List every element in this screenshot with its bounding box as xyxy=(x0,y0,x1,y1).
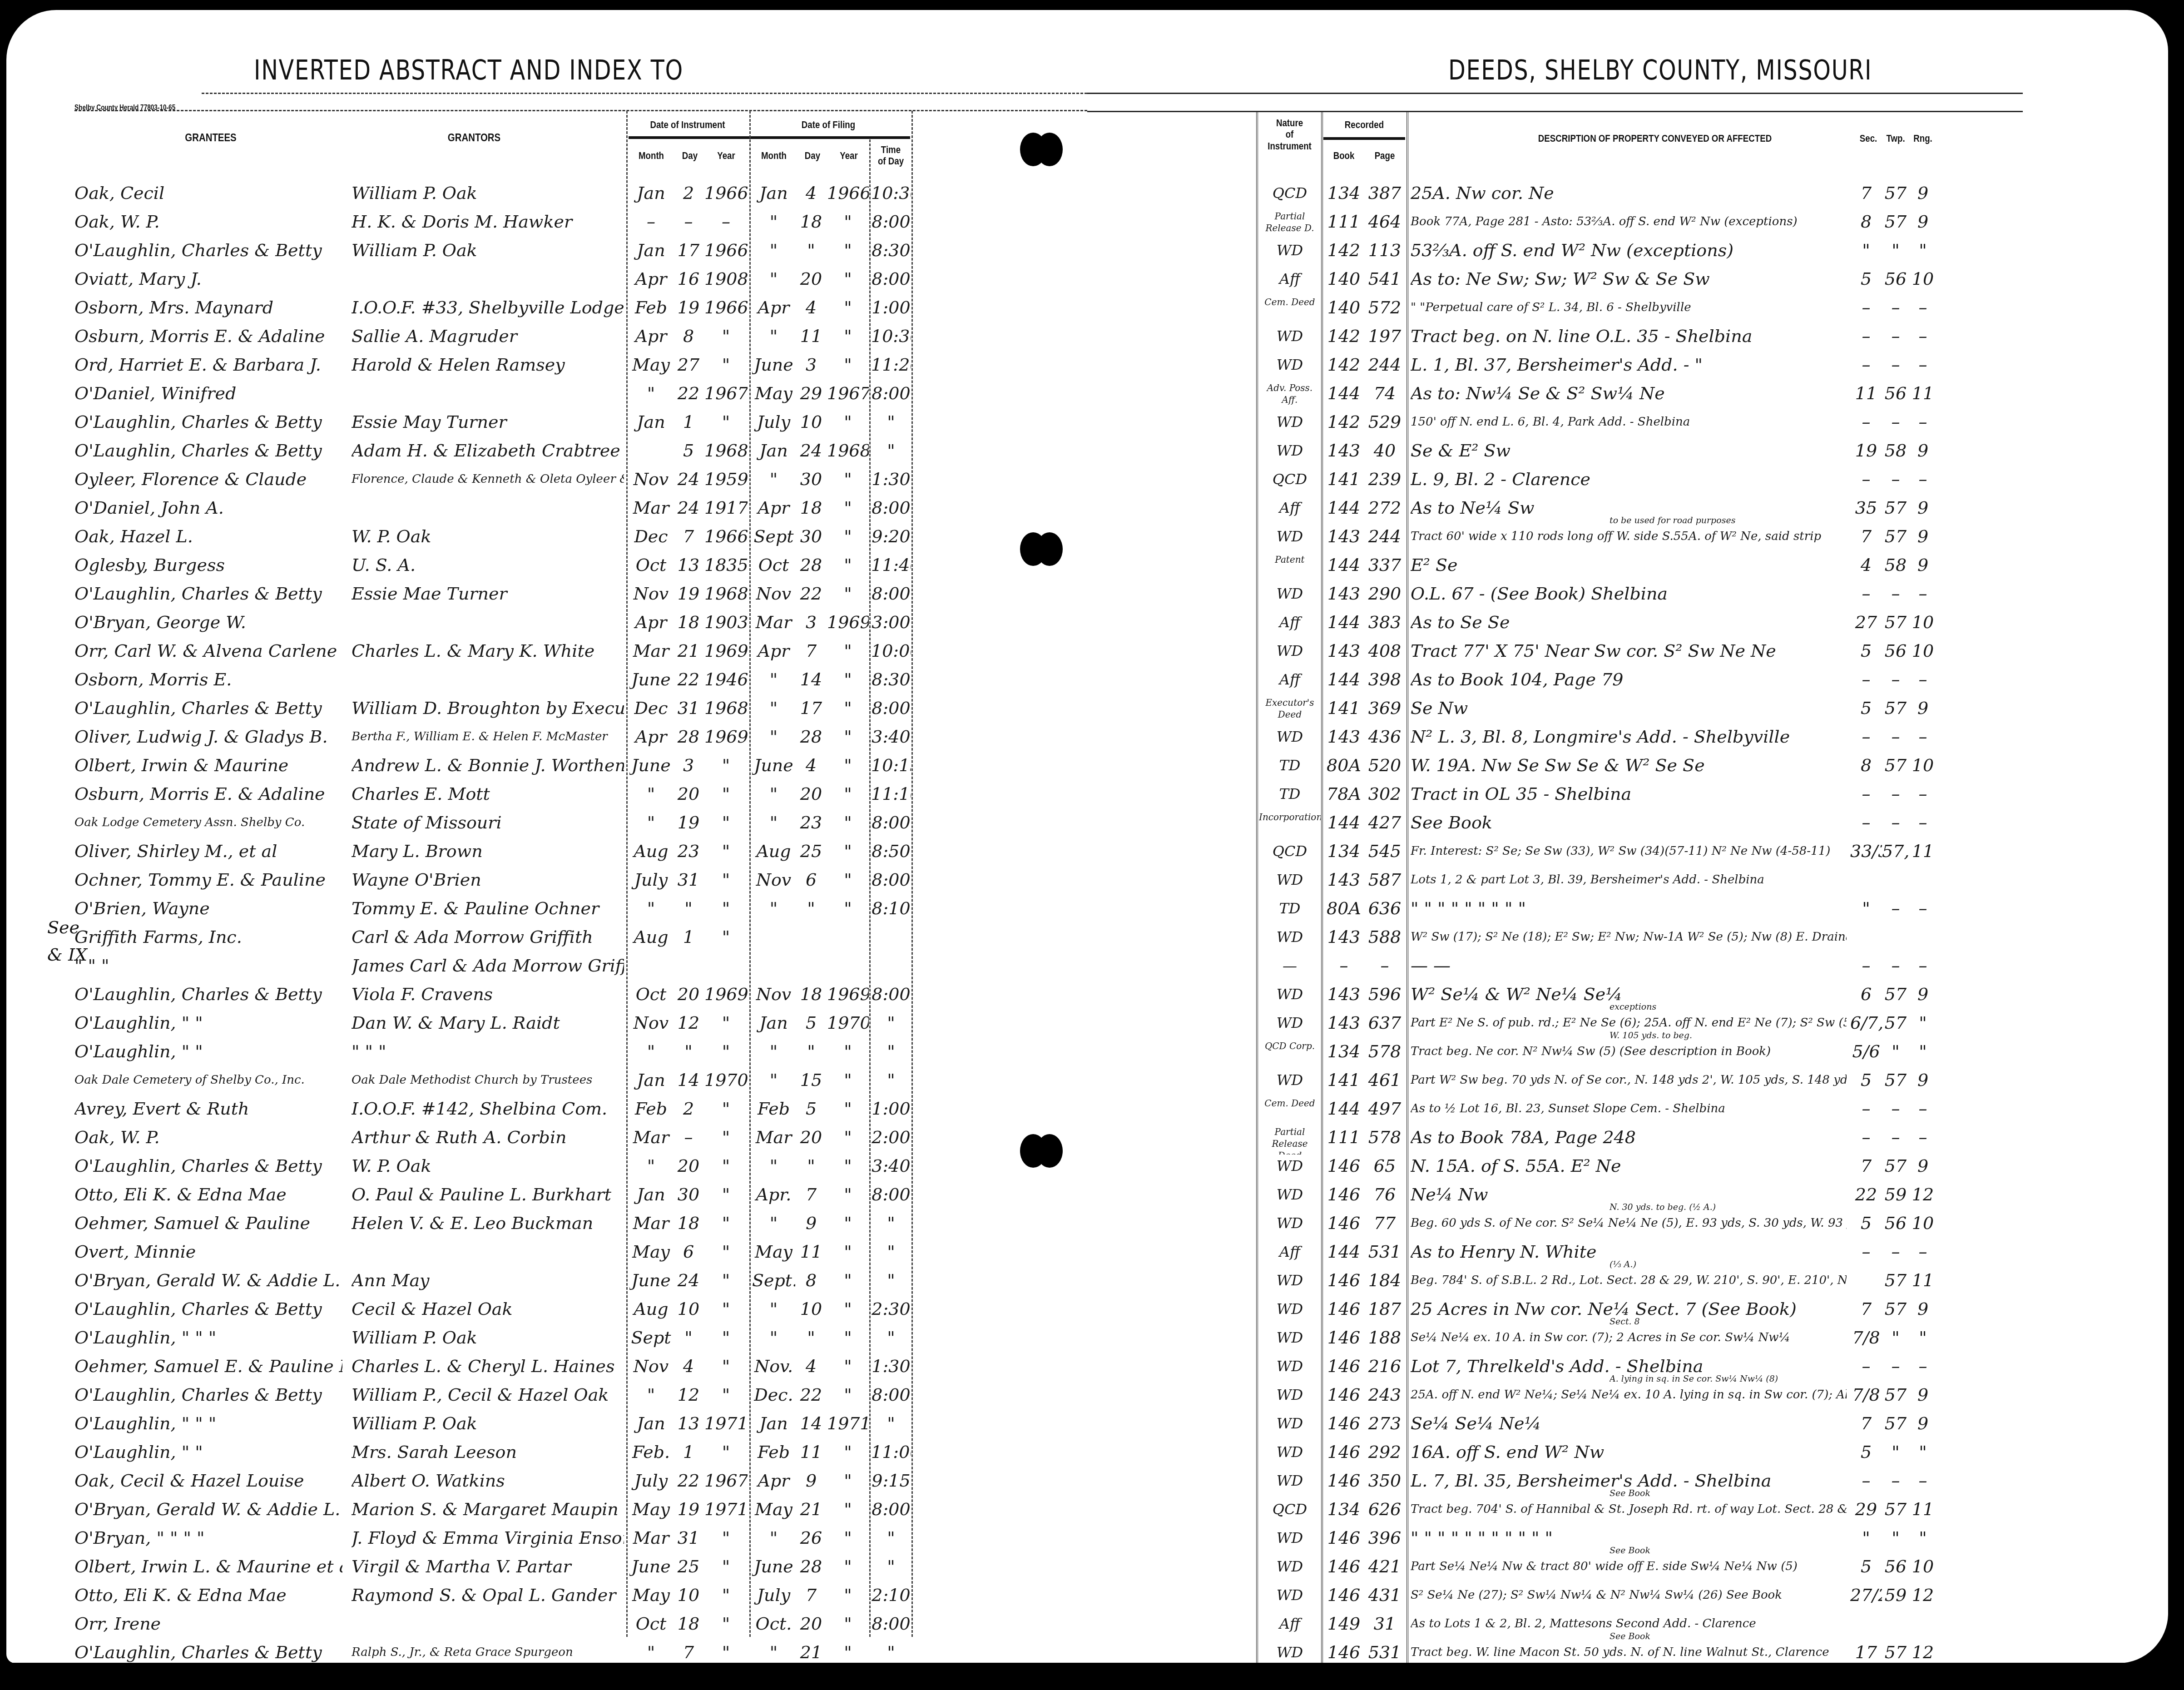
inst-year-cell: 1968 xyxy=(704,436,748,465)
grantor-cell: Essie Mae Turner xyxy=(352,580,624,608)
nature-cell: Aff xyxy=(1259,494,1321,522)
twp-cell: – xyxy=(1882,293,1909,322)
fil-year-cell: " xyxy=(827,1352,869,1381)
grantee-cell: Otto, Eli K. & Edna Mae xyxy=(74,1581,342,1610)
sec-cell: 5 xyxy=(1850,637,1882,665)
grantee-cell: O'Laughlin, Charles & Betty xyxy=(74,1381,342,1409)
grantee-cell: O'Daniel, John A. xyxy=(74,494,342,522)
inst-month-cell: Mar xyxy=(629,494,673,522)
page-cell: 65 xyxy=(1364,1152,1405,1180)
rng-cell: – xyxy=(1909,723,1936,751)
grantee-cell: O'Laughlin, Charles & Betty xyxy=(74,694,342,723)
grantee-cell: Oehmer, Samuel E. & Pauline N. xyxy=(74,1352,342,1381)
page-cell: 461 xyxy=(1364,1066,1405,1095)
fil-year-cell: 1968 xyxy=(827,436,869,465)
fil-year-cell: " xyxy=(827,580,869,608)
fil-month-cell: Dec. xyxy=(752,1381,795,1409)
grantee-cell: Oak, Cecil xyxy=(74,179,342,208)
table-row: QCD134545Fr. Interest: S² Se; Se Sw (33)… xyxy=(1087,837,2168,866)
fil-month-cell: Apr xyxy=(752,293,795,322)
rng-cell: 9 xyxy=(1909,980,1936,1009)
grantor-cell: Florence, Claude & Kenneth & Oleta Oylee… xyxy=(352,465,624,494)
sec-cell: – xyxy=(1850,665,1882,694)
table-row: WD14677Beg. 60 yds S. of Ne cor. S² Se¼ … xyxy=(1087,1209,2168,1238)
rng-cell: 9 xyxy=(1909,494,1936,522)
book-cell: 146 xyxy=(1323,1438,1364,1467)
rng-cell: 9 xyxy=(1909,1409,1936,1438)
sec-cell: 5/6 xyxy=(1850,1037,1882,1066)
table-row: Olbert, Irwin & MaurineAndrew L. & Bonni… xyxy=(6,751,915,780)
table-row: QCD Corp.134578Tract beg. Ne cor. N² Nw¼… xyxy=(1087,1037,2168,1066)
right-page-title: DEEDS, SHELBY COUNTY, MISSOURI xyxy=(1448,55,1872,86)
inst-month-cell: Oct xyxy=(629,1610,673,1638)
time-cell: 11:20 xyxy=(871,351,911,379)
sec-cell: 8 xyxy=(1850,208,1882,236)
grantor-cell: Mary L. Brown xyxy=(352,837,624,866)
fil-day-cell: 10 xyxy=(795,1295,827,1323)
book-cell: 143 xyxy=(1323,522,1364,551)
grantor-cell: Ann May xyxy=(352,1266,624,1295)
book-cell: 144 xyxy=(1323,494,1364,522)
nature-cell: TD xyxy=(1259,751,1321,780)
page-cell: 596 xyxy=(1364,980,1405,1009)
fil-day-cell: 21 xyxy=(795,1495,827,1524)
description-cell: Beg. 784' S. of S.B.L. 2 Rd., Lot. Sect.… xyxy=(1411,1266,1847,1295)
book-cell: 111 xyxy=(1323,1123,1364,1152)
description-cell: Tract beg. Ne cor. N² Nw¼ Sw (5) (See de… xyxy=(1411,1037,1847,1066)
table-row: O'Laughlin, Charles & BettyW. P. Oak"20"… xyxy=(6,1152,915,1180)
page-cell: 396 xyxy=(1364,1524,1405,1552)
inst-day-cell: 1 xyxy=(673,923,704,952)
inst-day-cell: 18 xyxy=(673,608,704,637)
page-cell: 529 xyxy=(1364,408,1405,436)
description-note: See Book xyxy=(1610,1489,1855,1499)
right-page: DEEDS, SHELBY COUNTY, MISSOURI Nature of… xyxy=(1087,10,2168,1663)
time-cell: 8:00 xyxy=(871,580,911,608)
table-row: WD14665N. 15A. of S. 55A. E² Ne7579 xyxy=(1087,1152,2168,1180)
rng-cell xyxy=(1909,1610,1936,1638)
table-row: Avrey, Evert & RuthI.O.O.F. #142, Shelbi… xyxy=(6,1095,915,1123)
fil-year-cell: " xyxy=(827,1495,869,1524)
sec-cell: 5 xyxy=(1850,1552,1882,1581)
inst-day-cell: 19 xyxy=(673,808,704,837)
nature-cell: TD xyxy=(1259,780,1321,808)
table-row: WD146184Beg. 784' S. of S.B.L. 2 Rd., Lo… xyxy=(1087,1266,2168,1295)
book-cell: 143 xyxy=(1323,980,1364,1009)
inst-month-cell xyxy=(629,952,673,980)
page-cell: 588 xyxy=(1364,923,1405,952)
time-cell: 8:50 xyxy=(871,837,911,866)
inst-day-cell: 13 xyxy=(673,551,704,580)
table-row: Oehmer, Samuel & PaulineHelen V. & E. Le… xyxy=(6,1209,915,1238)
fil-day-cell: 8 xyxy=(795,1266,827,1295)
fil-day-cell: 11 xyxy=(795,1438,827,1467)
description-cell: W. 19A. Nw Se Sw Se & W² Se Se xyxy=(1411,751,1847,780)
sec-cell: – xyxy=(1850,952,1882,980)
nature-cell: WD xyxy=(1259,1581,1321,1610)
fil-year-cell: " xyxy=(827,751,869,780)
time-cell: 1:00 xyxy=(871,293,911,322)
recorded-header: Recorded xyxy=(1330,119,1399,130)
sec-cell: 7 xyxy=(1850,1409,1882,1438)
sec-cell: 5 xyxy=(1850,1209,1882,1238)
fil-month-cell: " xyxy=(752,1152,795,1180)
twp-cell xyxy=(1882,923,1909,952)
inst-year-cell: 1908 xyxy=(704,265,748,293)
table-row: Cem. Deed144497As to ½ Lot 16, Bl. 23, S… xyxy=(1087,1095,2168,1123)
grantor-cell: H. K. & Doris M. Hawker xyxy=(352,208,624,236)
description-cell: As to ½ Lot 16, Bl. 23, Sunset Slope Cem… xyxy=(1411,1095,1847,1123)
fil-year-cell: " xyxy=(827,265,869,293)
twp-cell: 57 xyxy=(1882,1495,1909,1524)
time-cell: " xyxy=(871,436,911,465)
inst-month-cell: Apr xyxy=(629,322,673,351)
fil-year-cell: " xyxy=(827,1238,869,1266)
grantor-cell xyxy=(352,379,624,408)
fil-day-cell: 20 xyxy=(795,1610,827,1638)
inst-month-cell: Mar xyxy=(629,637,673,665)
table-row: Adv. Poss. Aff.14474As to: Nw¼ Se & S² S… xyxy=(1087,379,2168,408)
nature-cell: WD xyxy=(1259,322,1321,351)
grantee-cell: Oliver, Ludwig J. & Gladys B. xyxy=(74,723,342,751)
fil-year-cell: " xyxy=(827,1123,869,1152)
fil-month-cell: " xyxy=(752,808,795,837)
inst-month-cell: Feb. xyxy=(629,1438,673,1467)
page-cell: – xyxy=(1364,952,1405,980)
nature-cell: WD xyxy=(1259,637,1321,665)
description-cell: 150' off N. end L. 6, Bl. 4, Park Add. -… xyxy=(1411,408,1847,436)
page-cell: 464 xyxy=(1364,208,1405,236)
time-of-day-header: Time of Day xyxy=(874,144,907,167)
inst-year-cell: " xyxy=(704,322,748,351)
time-header-line2: of Day xyxy=(874,155,907,167)
description-cell: Book 77A, Page 281 - Asto: 53⅔A. off S. … xyxy=(1411,208,1847,236)
grantee-cell: Oehmer, Samuel & Pauline xyxy=(74,1209,342,1238)
description-cell: Tract beg. on N. line O.L. 35 - Shelbina xyxy=(1411,322,1847,351)
book-cell: 146 xyxy=(1323,1381,1364,1409)
inst-month-cell: June xyxy=(629,665,673,694)
page-cell: 76 xyxy=(1364,1180,1405,1209)
nature-cell: Aff xyxy=(1259,665,1321,694)
rng-cell: – xyxy=(1909,322,1936,351)
nature-cell: WD xyxy=(1259,1209,1321,1238)
grantee-cell: Osburn, Morris E. & Adaline xyxy=(74,780,342,808)
rng-cell: 9 xyxy=(1909,522,1936,551)
fil-year-cell xyxy=(827,952,869,980)
sec-cell: 4 xyxy=(1850,551,1882,580)
table-row: O'Daniel, Winifred"221967May2919678:00 xyxy=(6,379,915,408)
fil-month-cell: July xyxy=(752,408,795,436)
inst-month-header: Month xyxy=(634,150,669,161)
inst-month-cell: " xyxy=(629,894,673,923)
fil-month-cell: June xyxy=(752,751,795,780)
fil-day-cell: 26 xyxy=(795,1524,827,1552)
page-cell: 436 xyxy=(1364,723,1405,751)
twp-cell: – xyxy=(1882,408,1909,436)
sec-cell: 7 xyxy=(1850,522,1882,551)
description-cell: W² Sw (17); S² Ne (18); E² Sw; E² Nw; Nw… xyxy=(1411,923,1847,952)
inst-year-cell: 1969 xyxy=(704,637,748,665)
inst-year-cell: " xyxy=(704,923,748,952)
description-cell: S² Se¼ Ne (27); S² Sw¼ Nw¼ & N² Nw¼ Sw¼ … xyxy=(1411,1581,1847,1610)
inst-month-cell: Apr xyxy=(629,608,673,637)
book-cell: 134 xyxy=(1323,837,1364,866)
inst-month-cell: Oct xyxy=(629,551,673,580)
page-cell: 383 xyxy=(1364,608,1405,637)
page-cell: 243 xyxy=(1364,1381,1405,1409)
book-cell: 144 xyxy=(1323,379,1364,408)
description-cell: — — xyxy=(1411,952,1847,980)
table-row: O'Bryan, Gerald W. & Addie L.Ann MayJune… xyxy=(6,1266,915,1295)
page-cell: 290 xyxy=(1364,580,1405,608)
inst-day-cell: 3 xyxy=(673,751,704,780)
grantee-cell: Ord, Harriet E. & Barbara J. xyxy=(74,351,342,379)
sec-cell: 7/8 xyxy=(1850,1323,1882,1352)
page-cell: 545 xyxy=(1364,837,1405,866)
inst-year-cell: 1970 xyxy=(704,1066,748,1095)
twp-cell: 56 xyxy=(1882,1209,1909,1238)
time-cell: " xyxy=(871,1009,911,1037)
time-cell: 2:10 xyxy=(871,1581,911,1610)
book-cell: 142 xyxy=(1323,351,1364,379)
rng-cell: 9 xyxy=(1909,1066,1936,1095)
inst-month-cell: June xyxy=(629,1552,673,1581)
fil-month-cell: Aug xyxy=(752,837,795,866)
inst-day-cell: 31 xyxy=(673,866,704,894)
fil-year-cell: " xyxy=(827,494,869,522)
fil-day-cell: " xyxy=(795,1152,827,1180)
sec-cell: " xyxy=(1850,894,1882,923)
fil-day-cell: 5 xyxy=(795,1095,827,1123)
table-row: O'Laughlin, " " "William P. OakSept"""""… xyxy=(6,1323,915,1352)
fil-month-cell xyxy=(752,952,795,980)
inst-year-cell xyxy=(704,952,748,980)
inst-year-cell: " xyxy=(704,351,748,379)
table-row: Aff140541As to: Ne Sw; Sw; W² Sw & Se Sw… xyxy=(1087,265,2168,293)
fil-month-cell: " xyxy=(752,208,795,236)
rng-cell: " xyxy=(1909,1438,1936,1467)
inst-day-cell: 19 xyxy=(673,580,704,608)
book-header: Book xyxy=(1327,150,1362,161)
book-cell: 146 xyxy=(1323,1152,1364,1180)
grantee-cell: Oak Lodge Cemetery Assn. Shelby Co. xyxy=(74,808,342,837)
time-cell: 8:10 xyxy=(871,894,911,923)
rng-cell: 9 xyxy=(1909,208,1936,236)
date-of-filing-header: Date of Filing xyxy=(763,119,894,130)
inst-day-cell: 17 xyxy=(673,236,704,265)
book-cell: 146 xyxy=(1323,1581,1364,1610)
grantee-cell: O'Laughlin, " " xyxy=(74,1009,342,1037)
inst-month-cell: Feb xyxy=(629,1095,673,1123)
book-cell: 142 xyxy=(1323,236,1364,265)
grantee-cell: Oak, W. P. xyxy=(74,1123,342,1152)
grantee-cell: Oliver, Shirley M., et al xyxy=(74,837,342,866)
nature-cell: WD xyxy=(1259,1180,1321,1209)
table-row: O'Laughlin, Charles & BettyCecil & Hazel… xyxy=(6,1295,915,1323)
inst-day-cell: 24 xyxy=(673,1266,704,1295)
grantee-cell: O'Laughlin, Charles & Betty xyxy=(74,436,342,465)
page-cell: 31 xyxy=(1364,1610,1405,1638)
rng-cell: – xyxy=(1909,1123,1936,1152)
grantor-cell: Dan W. & Mary L. Raidt xyxy=(352,1009,624,1037)
inst-day-cell: 22 xyxy=(673,379,704,408)
inst-year-cell: 1966 xyxy=(704,236,748,265)
time-cell: 9:15 xyxy=(871,1467,911,1495)
twp-cell: 57 xyxy=(1882,980,1909,1009)
grantee-cell: Oak, Hazel L. xyxy=(74,522,342,551)
time-cell: " xyxy=(871,1323,911,1352)
inst-month-cell: Jan xyxy=(629,1409,673,1438)
table-row: WD143408Tract 77' X 75' Near Sw cor. S² … xyxy=(1087,637,2168,665)
table-row: WD143436N² L. 3, Bl. 8, Longmire's Add. … xyxy=(1087,723,2168,751)
inst-day-cell: 24 xyxy=(673,465,704,494)
nature-cell: Partial Release D. xyxy=(1259,208,1321,239)
inst-day-cell: 2 xyxy=(673,1095,704,1123)
twp-cell: – xyxy=(1882,952,1909,980)
inst-month-cell: May xyxy=(629,1238,673,1266)
inst-month-cell: May xyxy=(629,1581,673,1610)
rng-cell: – xyxy=(1909,580,1936,608)
description-cell: Part W² Sw beg. 70 yds N. of Se cor., N.… xyxy=(1411,1066,1847,1095)
rng-cell: – xyxy=(1909,665,1936,694)
sec-cell: 5 xyxy=(1850,1438,1882,1467)
rng-cell: 12 xyxy=(1909,1180,1936,1209)
fil-year-cell: " xyxy=(827,1180,869,1209)
book-cell: 146 xyxy=(1323,1352,1364,1381)
twp-cell: 59 xyxy=(1882,1581,1909,1610)
rng-cell: " xyxy=(1909,1323,1936,1352)
table-row: O'Bryan, " " " "J. Floyd & Emma Virginia… xyxy=(6,1524,915,1552)
time-cell: 1:30 xyxy=(871,1352,911,1381)
fil-year-cell: 1967 xyxy=(827,379,869,408)
fil-day-cell: 29 xyxy=(795,379,827,408)
table-row: WD143290O.L. 67 - (See Book) Shelbina––– xyxy=(1087,580,2168,608)
table-row: WD14624325A. off N. end W² Ne¼; Se¼ Ne¼ … xyxy=(1087,1381,2168,1409)
table-row: WD142244L. 1, Bl. 37, Bersheimer's Add. … xyxy=(1087,351,2168,379)
grantor-cell: Albert O. Watkins xyxy=(352,1467,624,1495)
fil-month-cell: Sept xyxy=(752,522,795,551)
twp-cell: – xyxy=(1882,351,1909,379)
twp-cell: 57 xyxy=(1882,608,1909,637)
page-cell: 272 xyxy=(1364,494,1405,522)
page-cell: 244 xyxy=(1364,351,1405,379)
fil-day-cell: 7 xyxy=(795,637,827,665)
description-note: Sect. 8 xyxy=(1610,1317,1855,1327)
inst-day-cell: 12 xyxy=(673,1381,704,1409)
fil-month-cell: " xyxy=(752,665,795,694)
table-row: WD146421Part Se¼ Ne¼ Nw & tract 80' wide… xyxy=(1087,1552,2168,1581)
grantee-cell: Ochner, Tommy E. & Pauline xyxy=(74,866,342,894)
page-cell: 398 xyxy=(1364,665,1405,694)
time-cell: 8:00 xyxy=(871,866,911,894)
description-cell: As to: Nw¼ Se & S² Sw¼ Ne xyxy=(1411,379,1847,408)
inst-day-cell: 8 xyxy=(673,322,704,351)
description-cell: As to Se Se xyxy=(1411,608,1847,637)
sec-cell: 29 xyxy=(1850,1495,1882,1524)
fil-day-cell: 4 xyxy=(795,293,827,322)
page-cell: 40 xyxy=(1364,436,1405,465)
nature-header-line2: of xyxy=(1263,129,1316,140)
time-cell: 3:00 xyxy=(871,608,911,637)
rng-cell: 10 xyxy=(1909,751,1936,780)
grantee-cell: O'Bryan, " " " " xyxy=(74,1524,342,1552)
inst-year-cell: 1969 xyxy=(704,723,748,751)
time-cell: 2:30 xyxy=(871,1295,911,1323)
grantor-cell: Marion S. & Margaret Maupin xyxy=(352,1495,624,1524)
time-cell: 8:00 xyxy=(871,1495,911,1524)
table-row: WD146188Se¼ Ne¼ ex. 10 A. in Sw cor. (7)… xyxy=(1087,1323,2168,1352)
rng-cell: – xyxy=(1909,1238,1936,1266)
page-cell: 216 xyxy=(1364,1352,1405,1381)
fil-day-cell: 25 xyxy=(795,837,827,866)
fil-day-cell: 7 xyxy=(795,1180,827,1209)
twp-cell: 58 xyxy=(1882,551,1909,580)
fil-year-cell: " xyxy=(827,1581,869,1610)
twp-cell: " xyxy=(1882,1037,1909,1066)
inst-month-cell: July xyxy=(629,1467,673,1495)
inst-month-cell: Dec xyxy=(629,694,673,723)
table-row: Orr, Carl W. & Alvena CarleneCharles L. … xyxy=(6,637,915,665)
time-cell: " xyxy=(871,1037,911,1066)
fil-month-cell: Nov xyxy=(752,866,795,894)
nature-cell: WD xyxy=(1259,1152,1321,1180)
grantee-cell: Otto, Eli K. & Edna Mae xyxy=(74,1180,342,1209)
fil-year-cell: " xyxy=(827,465,869,494)
fil-month-cell: Jan xyxy=(752,1009,795,1037)
twp-cell: 57 xyxy=(1882,208,1909,236)
book-cell: 111 xyxy=(1323,208,1364,236)
inst-day-cell: 14 xyxy=(673,1066,704,1095)
book-cell: 149 xyxy=(1323,1610,1364,1638)
rng-cell xyxy=(1909,923,1936,952)
inst-day-cell: 30 xyxy=(673,1180,704,1209)
table-row: Oak, Hazel L.W. P. OakDec71966Sept30"9:2… xyxy=(6,522,915,551)
fil-day-cell: 11 xyxy=(795,1238,827,1266)
header-rule xyxy=(74,110,1087,111)
table-row: Oyleer, Florence & ClaudeFlorence, Claud… xyxy=(6,465,915,494)
fil-year-cell: " xyxy=(827,351,869,379)
sec-cell: – xyxy=(1850,1352,1882,1381)
sec-cell xyxy=(1850,1610,1882,1638)
inst-year-cell: " xyxy=(704,1266,748,1295)
rng-cell: 12 xyxy=(1909,1581,1936,1610)
page-cell: 77 xyxy=(1364,1209,1405,1238)
inst-day-cell: 20 xyxy=(673,780,704,808)
book-cell: 146 xyxy=(1323,1552,1364,1581)
grantee-cell: Olbert, Irwin L. & Maurine et al xyxy=(74,1552,342,1581)
grantor-cell: O. Paul & Pauline L. Burkhart xyxy=(352,1180,624,1209)
time-cell: " xyxy=(871,1524,911,1552)
inst-month-cell: " xyxy=(629,780,673,808)
fil-month-cell: Mar xyxy=(752,1123,795,1152)
description-cell: " "Perpetual care of S² L. 34, Bl. 6 - S… xyxy=(1411,293,1847,322)
grantor-cell: W. P. Oak xyxy=(352,522,624,551)
book-cell: 143 xyxy=(1323,866,1364,894)
book-cell: 146 xyxy=(1323,1409,1364,1438)
grantor-cell: Carl & Ada Morrow Griffith xyxy=(352,923,624,952)
fil-year-cell: " xyxy=(827,293,869,322)
description-header: DESCRIPTION OF PROPERTY CONVEYED OR AFFE… xyxy=(1520,133,1790,144)
fil-year-cell: " xyxy=(827,837,869,866)
fil-year-cell: " xyxy=(827,665,869,694)
rng-cell: 10 xyxy=(1909,1552,1936,1581)
inst-month-cell: – xyxy=(629,208,673,236)
table-row: Otto, Eli K. & Edna MaeO. Paul & Pauline… xyxy=(6,1180,915,1209)
twp-cell: " xyxy=(1882,1524,1909,1552)
sec-cell: 11 xyxy=(1850,379,1882,408)
book-cell: 146 xyxy=(1323,1467,1364,1495)
inst-day-cell: 12 xyxy=(673,1009,704,1037)
